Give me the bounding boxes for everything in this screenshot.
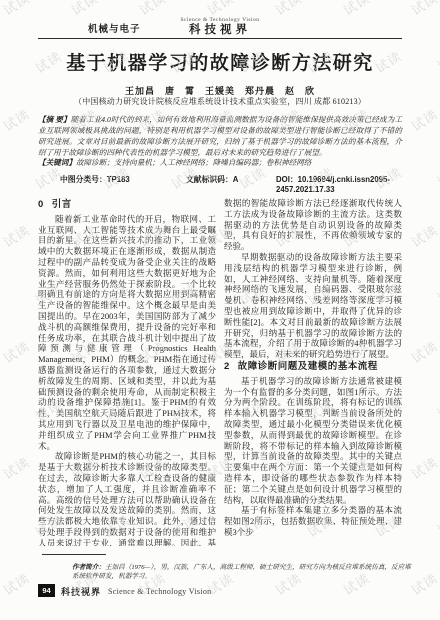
footer-journal-english: Science & Technology Vision xyxy=(108,587,211,596)
footnote-text: 王加昌（1976—），男，汉族，广东人，高级工程师，硕士研究生，研究方向为核反应… xyxy=(72,564,411,580)
watermark-text: 试读 xyxy=(0,104,33,135)
watermark-text: 试读 xyxy=(0,336,33,367)
footnote-label: 作者简介： xyxy=(72,564,105,571)
abstract-text: 随着工业4.0时代的到来，如何有效地利用海量监测数据为设备的智能维保提供高效决策… xyxy=(38,115,402,157)
watermark-text: 试读 xyxy=(433,515,440,555)
footnote-divider xyxy=(42,554,106,555)
doi: DOI：10.19694/j.cnki.issn2095-2457.2021.1… xyxy=(276,174,402,194)
keywords-label: 【关键词】 xyxy=(38,158,76,167)
paragraph: 随着新工业革命时代的开启，物联网、工业互联网、人工智能等技术成为舞台上最受瞩目的… xyxy=(38,214,216,452)
body-columns: 0引言 随着新工业革命时代的开启，物联网、工业互联网、人工智能等技术成为舞台上最… xyxy=(38,198,402,546)
keywords-text: 故障诊断；支持向量机；人工神经网络；降噪自编码器；卷积神经网络 xyxy=(76,158,311,167)
journal-name-english: Science & Technology Vision xyxy=(38,17,402,24)
paragraph: 早期数据驱动的设备故障诊断方法主要采用浅层结构的机器学习模型来进行诊断，例如，人… xyxy=(224,252,402,360)
keywords: 【关键词】故障诊断；支持向量机；人工神经网络；降噪自编码器；卷积神经网络 xyxy=(38,157,402,168)
watermark-text: 试读 xyxy=(407,0,440,19)
abstract-label: 【摘 要】 xyxy=(38,115,71,124)
section-title: 引言 xyxy=(52,199,72,210)
page-header: 机械与电子 Science & Technology Vision 科技视界 xyxy=(38,10,402,39)
section-number: 0 xyxy=(38,199,44,210)
page-number-badge: 94 xyxy=(38,584,55,597)
paper-page: 机械与电子 Science & Technology Vision 科技视界 基… xyxy=(0,0,440,620)
page-footer: 94 科技视界 Science & Technology Vision xyxy=(38,583,402,599)
section-heading-process: 2故障诊断问题及建模的基本流程 xyxy=(224,362,402,373)
paragraph-continuation: 数据的智能故障诊断方法已经逐渐取代传统人工方法成为设备故障诊断的主流方法。这类数… xyxy=(224,198,402,252)
watermark-text: 试读 xyxy=(433,283,440,323)
footer-journal-chinese: 科技视界 xyxy=(61,585,101,598)
watermark-text: 试读 xyxy=(433,167,440,207)
classification-row: 中图分类号：TP183 文献标识码：A DOI：10.19694/j.cnki.… xyxy=(38,174,402,186)
paragraph: 基于有标签样本集建立多分类器的基本流程如图2所示，包括数据收集、特征预处理、建模… xyxy=(224,505,402,537)
watermark-text: 试读 xyxy=(407,336,440,367)
watermark-text: 试读 xyxy=(0,568,33,599)
paragraph: 故障诊断是PHM的核心功能之一，其目标是基于大数据分析技术诊断设备的故障类型。在… xyxy=(38,451,216,546)
document-code: 文献标识码：A xyxy=(186,174,238,185)
watermark-text: 试读 xyxy=(407,452,440,483)
right-column: 数据的智能故障诊断方法已经逐渐取代传统人工方法成为设备故障诊断的主流方法。这类数… xyxy=(224,198,402,546)
section-title: 故障诊断问题及建模的基本流程 xyxy=(238,361,378,372)
watermark-text: 试读 xyxy=(0,0,33,19)
paragraph: 基于机器学习的故障诊断方法通常被建模为一个有监督的多分类问题，如图1所示。方法分… xyxy=(224,376,402,506)
affiliation: （中国核动力研究设计院核反应堆系统设计技术重点实验室，四川 成都 610213） xyxy=(0,96,440,107)
watermark-text: 试读 xyxy=(407,220,440,251)
clc-number: 中图分类号：TP183 xyxy=(60,174,130,185)
journal-name-chinese: 科技视界 xyxy=(38,24,402,37)
watermark-text: 试读 xyxy=(407,104,440,135)
author-bio-footnote: 作者简介：王加昌（1976—），男，汉族，广东人，高级工程师，硕士研究生，研究方… xyxy=(72,563,412,581)
watermark-text: 试读 xyxy=(407,568,440,599)
journal-masthead: Science & Technology Vision 科技视界 xyxy=(38,17,402,37)
watermark-text: 试读 xyxy=(0,452,33,483)
left-column: 0引言 随着新工业革命时代的开启，物联网、工业互联网、人工智能等技术成为舞台上最… xyxy=(38,198,216,546)
section-number: 2 xyxy=(224,361,230,372)
article-title: 基于机器学习的故障诊断方法研究 xyxy=(0,48,440,75)
section-heading-intro: 0引言 xyxy=(38,200,216,211)
watermark-text: 试读 xyxy=(0,220,33,251)
abstract: 【摘 要】随着工业4.0时代的到来，如何有效地利用海量监测数据为设备的智能维保提… xyxy=(38,114,402,158)
watermark-text: 试读 xyxy=(433,399,440,439)
